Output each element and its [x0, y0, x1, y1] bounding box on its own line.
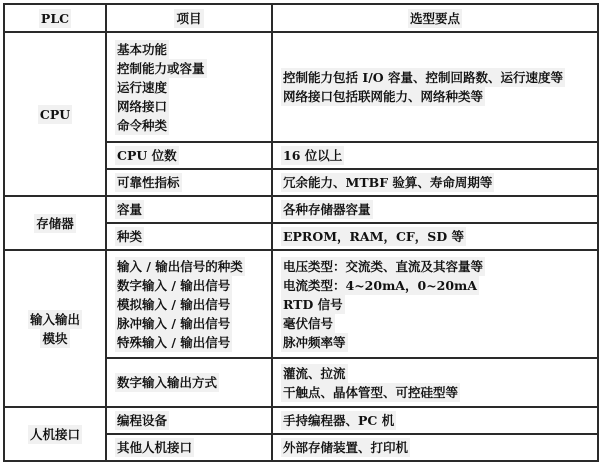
table-row: 存储器 容量 各种存储器容量	[4, 196, 598, 223]
item-text: 模拟输入 / 输出信号	[115, 295, 232, 314]
header-plc-label: PLC	[39, 9, 71, 28]
point-text: 灌流、拉流	[281, 364, 348, 383]
item-text: 数字输入输出方式	[115, 373, 219, 392]
item-text: 基本功能	[115, 40, 169, 59]
point-text: 脉冲频率等	[281, 333, 348, 352]
point-text: 网络接口包括联网能力、网络种类等	[281, 87, 485, 106]
group-io-module: 输入输出 模块	[4, 250, 106, 407]
item-text: 数字输入 / 输出信号	[115, 276, 232, 295]
point-text: 冗余能力、MTBF 验算、寿命周期等	[281, 173, 494, 192]
header-plc: PLC	[4, 4, 106, 32]
item-cell: 数字输入输出方式	[106, 358, 272, 407]
item-text: 控制能力或容量	[115, 59, 207, 78]
item-cell: 其他人机接口	[106, 434, 272, 461]
points-cell: 电压类型：交流类、直流及其容量等 电流类型：4~20mA，0~20mA RTD …	[272, 250, 598, 358]
points-cell: 外部存储装置、打印机	[272, 434, 598, 461]
group-label: 模块	[40, 329, 69, 348]
item-cell: CPU 位数	[106, 142, 272, 169]
item-text: CPU 位数	[115, 146, 179, 165]
item-text: 可靠性指标	[115, 173, 182, 192]
item-cell: 种类	[106, 223, 272, 250]
group-label: 存储器	[34, 214, 76, 233]
point-text: RTD 信号	[281, 295, 345, 314]
item-text: 特殊输入 / 输出信号	[115, 333, 232, 352]
header-row: PLC 项目 选型要点	[4, 4, 598, 32]
item-cell: 输入 / 输出信号的种类 数字输入 / 输出信号 模拟输入 / 输出信号 脉冲输…	[106, 250, 272, 358]
item-cell: 基本功能 控制能力或容量 运行速度 网络接口 命令种类	[106, 32, 272, 142]
point-text: EPROM，RAM，CF，SD 等	[281, 227, 466, 246]
header-points-label: 选型要点	[408, 9, 462, 28]
header-item: 项目	[106, 4, 272, 32]
item-text: 编程设备	[115, 411, 169, 430]
item-cell: 容量	[106, 196, 272, 223]
point-text: 16 位以上	[281, 146, 344, 165]
points-cell: EPROM，RAM，CF，SD 等	[272, 223, 598, 250]
table-row: 输入输出 模块 输入 / 输出信号的种类 数字输入 / 输出信号 模拟输入 / …	[4, 250, 598, 358]
item-text: 输入 / 输出信号的种类	[115, 257, 245, 276]
plc-selection-table: PLC 项目 选型要点 CPU 基本功能 控制能力或容量 运行速度 网络接口 命…	[3, 3, 599, 462]
points-cell: 冗余能力、MTBF 验算、寿命周期等	[272, 169, 598, 196]
table-row: CPU 基本功能 控制能力或容量 运行速度 网络接口 命令种类 控制能力包括 I…	[4, 32, 598, 142]
item-cell: 编程设备	[106, 407, 272, 434]
points-cell: 灌流、拉流 干触点、晶体管型、可控硅型等	[272, 358, 598, 407]
item-text: 命令种类	[115, 116, 169, 135]
point-text: 各种存储器容量	[281, 200, 373, 219]
item-text: 运行速度	[115, 78, 169, 97]
item-text: 容量	[115, 200, 144, 219]
item-text: 其他人机接口	[115, 438, 194, 457]
group-storage: 存储器	[4, 196, 106, 250]
group-label: CPU	[38, 105, 72, 124]
group-cpu: CPU	[4, 32, 106, 196]
point-text: 手持编程器、PC 机	[281, 411, 396, 430]
item-text: 网络接口	[115, 97, 169, 116]
points-cell: 16 位以上	[272, 142, 598, 169]
point-text: 毫伏信号	[281, 314, 335, 333]
points-cell: 各种存储器容量	[272, 196, 598, 223]
item-cell: 可靠性指标	[106, 169, 272, 196]
point-text: 干触点、晶体管型、可控硅型等	[281, 383, 460, 402]
points-cell: 控制能力包括 I/O 容量、控制回路数、运行速度等 网络接口包括联网能力、网络种…	[272, 32, 598, 142]
header-item-label: 项目	[174, 9, 203, 28]
group-label: 人机接口	[28, 425, 82, 444]
table-row: 人机接口 编程设备 手持编程器、PC 机	[4, 407, 598, 434]
point-text: 电压类型：交流类、直流及其容量等	[281, 257, 485, 276]
point-text: 电流类型：4~20mA，0~20mA	[281, 276, 479, 295]
points-cell: 手持编程器、PC 机	[272, 407, 598, 434]
group-hmi: 人机接口	[4, 407, 106, 461]
item-text: 种类	[115, 227, 144, 246]
group-label: 输入输出	[28, 310, 82, 329]
point-text: 控制能力包括 I/O 容量、控制回路数、运行速度等	[281, 68, 565, 87]
item-text: 脉冲输入 / 输出信号	[115, 314, 232, 333]
point-text: 外部存储装置、打印机	[281, 438, 410, 457]
header-selection-points: 选型要点	[272, 4, 598, 32]
